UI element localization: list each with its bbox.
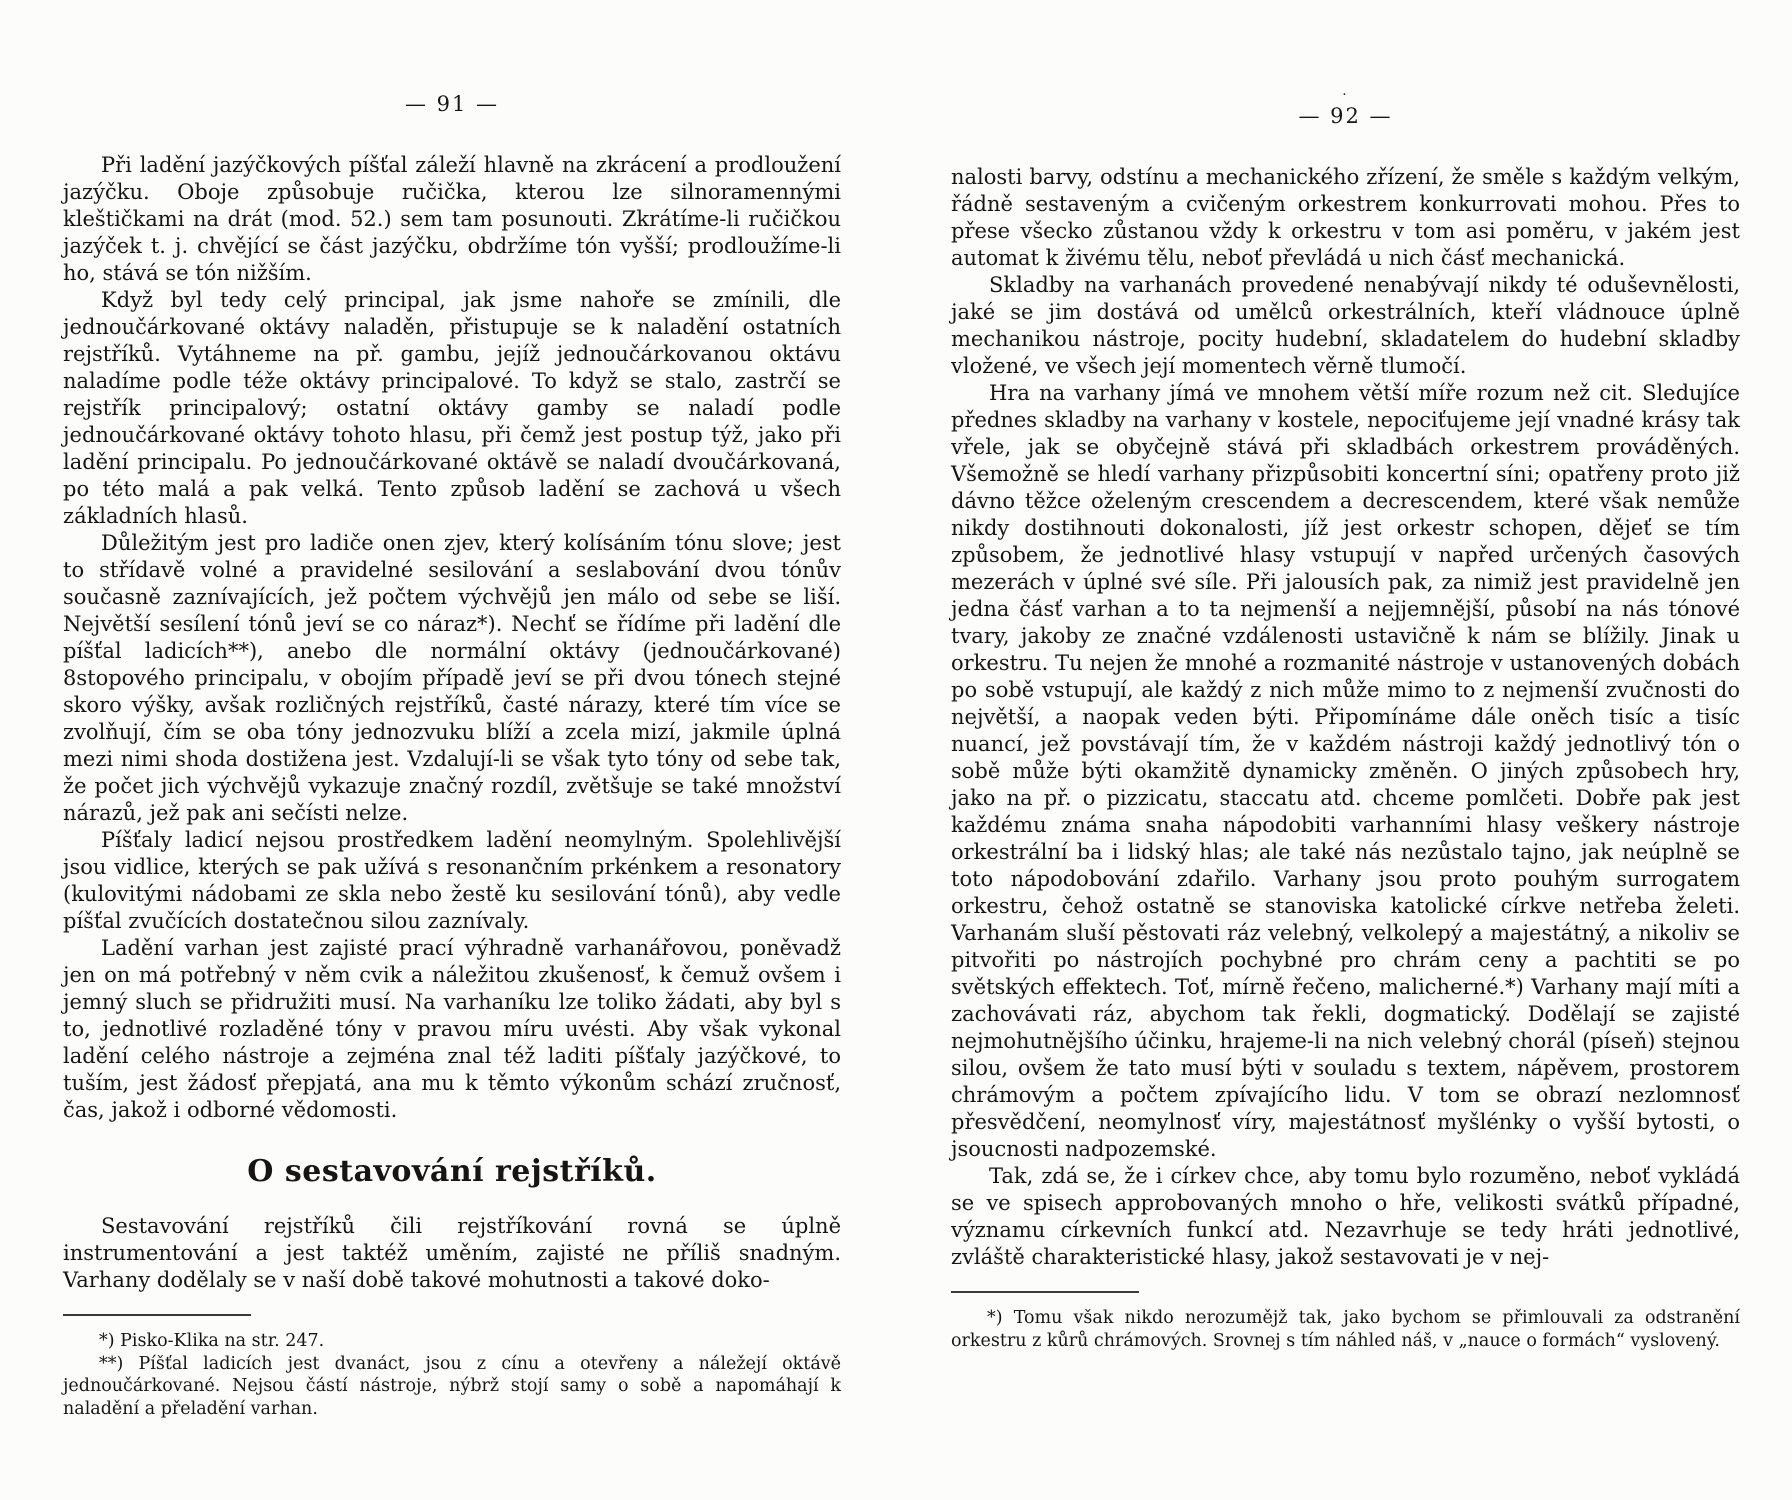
paragraph: Skladby na varhanách provedené nenabývaj… [951,272,1740,380]
paragraph: Píšťaly ladicí nejsou prostředkem ladění… [63,827,841,935]
page-91: — 91 — Při ladění jazýčkových píšťal zál… [63,0,841,1500]
paragraph: Hra na varhany jímá ve mnohem větší míře… [951,380,1740,1163]
page-91-body: Při ladění jazýčkových píšťal záleží hla… [63,152,841,1294]
footnote-divider [63,1314,251,1316]
paragraph: Tak, zdá se, že i církev chce, aby tomu … [951,1163,1740,1271]
footnote: **) Píšťal ladicích jest dvanáct, jsou z… [63,1353,841,1421]
paragraph: Ladění varhan jest zajisté prací výhradn… [63,935,841,1124]
paragraph: Důležitým jest pro ladiče onen zjev, kte… [63,530,841,827]
ink-speck: · [1342,88,1348,102]
footnote: *) Tomu však nikdo nerozumějž tak, jako … [951,1307,1740,1352]
book-spread: — 91 — Při ladění jazýčkových píšťal zál… [0,0,1792,1500]
page-91-footnotes: *) Pisko-Klika na str. 247. **) Píšťal l… [63,1330,841,1420]
page-92-number-text: — 92 — [1298,104,1392,128]
footnote-divider [951,1291,1139,1293]
page-91-number: — 91 — [63,92,841,116]
footnote: *) Pisko-Klika na str. 247. [63,1330,841,1353]
page-92-body: nalosti barvy, odstínu a mechanického zř… [951,164,1740,1271]
page-92: · — 92 — nalosti barvy, odstínu a mechan… [951,0,1740,1500]
page-92-number: · — 92 — [951,104,1740,128]
paragraph: Sestavování rejstříků čili rejstříkování… [63,1213,841,1294]
page-92-footnotes: *) Tomu však nikdo nerozumějž tak, jako … [951,1307,1740,1352]
section-heading: O sestavování rejstříků. [63,1158,841,1185]
paragraph: Při ladění jazýčkových píšťal záleží hla… [63,152,841,287]
paragraph-continuation: nalosti barvy, odstínu a mechanického zř… [951,164,1740,272]
paragraph: Když byl tedy celý principal, jak jsme n… [63,287,841,530]
